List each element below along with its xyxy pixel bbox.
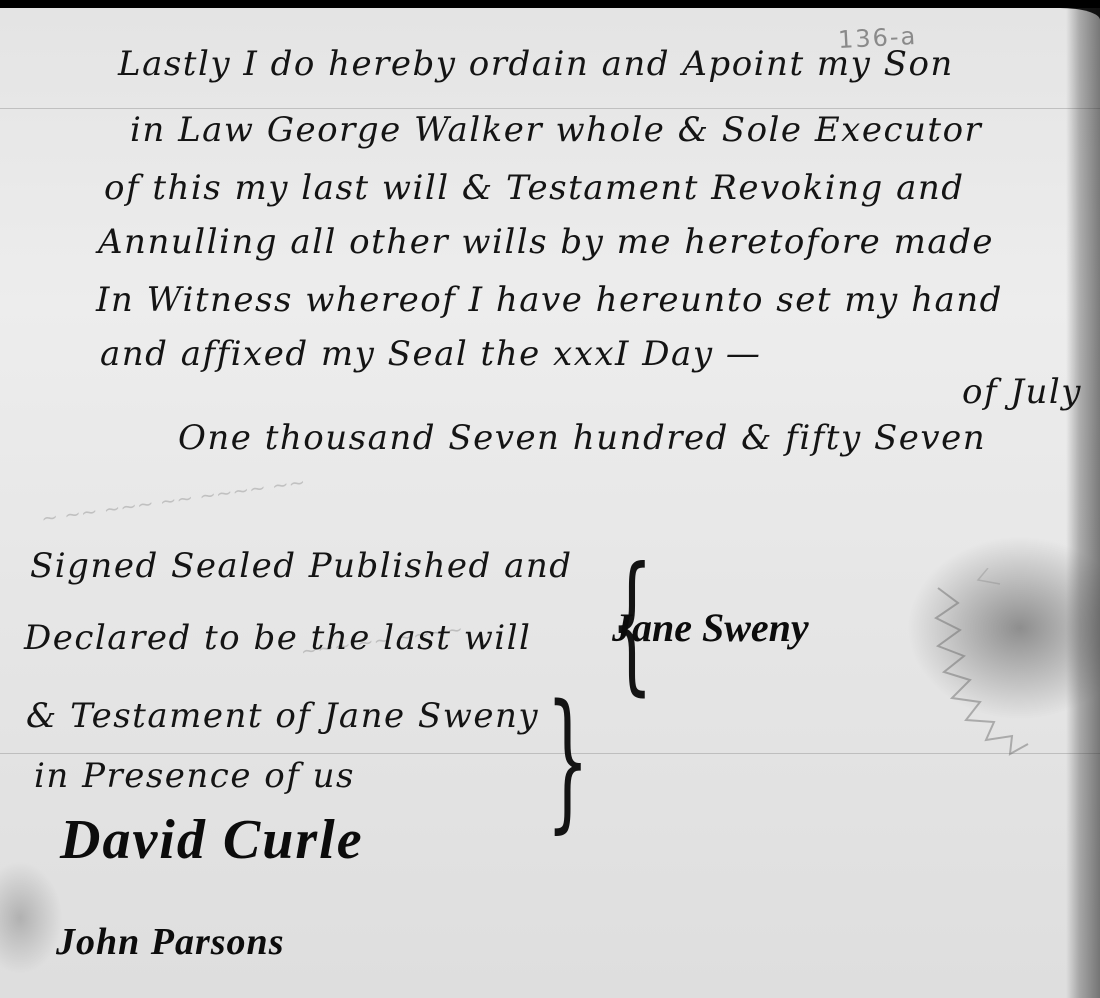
will-line-4: Annulling all other wills by me heretofo… xyxy=(98,222,994,262)
bleed-through-text: ~ ~~ ~~~ ~~ ~~~~ ~~ xyxy=(40,470,307,531)
page-edge-shadow xyxy=(1066,8,1100,998)
attestation-line-4: in Presence of us xyxy=(34,756,355,796)
curly-brace-tail-icon: { xyxy=(546,698,589,848)
will-line-6: and affixed my Seal the xxxI Day — xyxy=(100,334,761,374)
will-date-month: of July xyxy=(962,372,1082,412)
seal-impression-icon xyxy=(928,568,1078,758)
attestation-line-2: Declared to be the last will xyxy=(24,618,531,658)
witness-signature-2: John Parsons xyxy=(56,920,284,964)
will-line-1: Lastly I do hereby ordain and Apoint my … xyxy=(118,44,954,84)
attestation-line-3: & Testament of Jane Sweny xyxy=(26,696,539,736)
attestation-line-1: Signed Sealed Published and xyxy=(30,546,573,586)
will-line-3: of this my last will & Testament Revokin… xyxy=(104,168,965,208)
will-line-2: in Law George Walker whole & Sole Execut… xyxy=(130,110,982,150)
witness-signature-1: David Curle xyxy=(60,808,364,872)
document-page: ~ ~~ ~~~ ~~ ~~~~ ~~ ~~~ ~~ ~~~~ 136-a La… xyxy=(0,8,1100,998)
ruled-line xyxy=(0,108,1100,109)
testator-signature: Jane Sweny xyxy=(612,604,809,651)
will-line-5: In Witness whereof I have hereunto set m… xyxy=(96,280,1003,320)
will-date-year: One thousand Seven hundred & fifty Seven xyxy=(178,418,986,458)
